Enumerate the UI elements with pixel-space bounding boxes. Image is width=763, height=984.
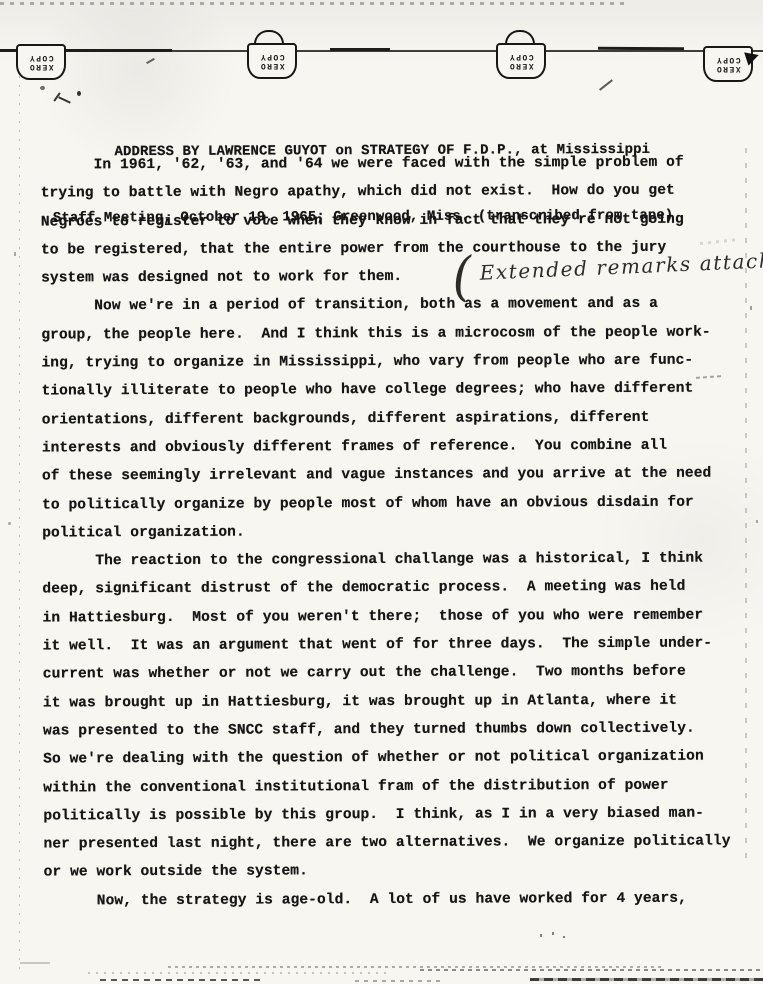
scanned-page: XERO COPY XERO COPY XERO COPY XERO COPY … xyxy=(0,0,763,984)
text-line: tionally illiterate to people who have c… xyxy=(41,375,741,406)
text-line: Now we're in a period of transition, bot… xyxy=(41,290,741,321)
text-line: trying to battle with Negro apathy, whic… xyxy=(41,177,741,208)
annotation-text: Extended remarks attached xyxy=(476,247,763,291)
text-line: to politically organize by people most o… xyxy=(42,488,742,519)
text-line: Negroes to register to vote when they kn… xyxy=(41,205,741,236)
document-content: ADDRESS BY LAWRENCE GUYOT on STRATEGY OF… xyxy=(0,0,763,984)
text-line: within the conventional institutional fr… xyxy=(43,771,743,802)
text-line: The reaction to the congressional challa… xyxy=(42,545,742,576)
text-line: in Hattiesburg. Most of you weren't ther… xyxy=(42,601,742,632)
scan-bottom-dashes xyxy=(355,980,445,982)
text-line: ing, trying to organize in Mississippi, … xyxy=(41,347,741,378)
text-line: In 1961, '62, '63, and '64 we were faced… xyxy=(41,148,741,179)
ink-speck xyxy=(14,252,16,256)
text-line: or we work outside the system. xyxy=(44,856,744,887)
text-line: was presented to the SNCC staff, and the… xyxy=(43,714,743,745)
scan-bottom-dashes xyxy=(100,979,265,981)
scan-bottom-dashes xyxy=(420,969,760,971)
text-line: orientations, different backgrounds, dif… xyxy=(42,403,742,434)
text-line: deep, significant distrust of the democr… xyxy=(42,573,742,604)
text-line: of these seemingly irrelevant and vague … xyxy=(42,460,742,491)
ink-speck xyxy=(563,936,565,938)
text-line: group, the people here. And I think this… xyxy=(41,318,741,349)
text-line: it was brought up in Hattiesburg, it was… xyxy=(43,686,743,717)
ink-speck xyxy=(756,520,758,523)
scan-bottom-dashes xyxy=(168,966,662,968)
scan-bottom-dashes xyxy=(20,962,50,964)
text-line: it well. It was an argument that went of… xyxy=(43,629,743,660)
annotation-open-paren: ( xyxy=(451,251,473,302)
paragraph: The reaction to the congressional challa… xyxy=(42,545,743,888)
paragraph: Now, the strategy is age-old. A lot of u… xyxy=(44,884,744,915)
text-line: ner presented last night, there are two … xyxy=(43,828,743,859)
scan-bottom-dashes xyxy=(530,978,763,981)
text-line: Now, the strategy is age-old. A lot of u… xyxy=(44,884,744,915)
paragraph: Now we're in a period of transition, bot… xyxy=(41,290,742,548)
text-line: So we're dealing with the question of wh… xyxy=(43,743,743,774)
ink-speck xyxy=(77,91,81,96)
ink-speck xyxy=(552,932,554,935)
text-line: political organization. xyxy=(42,516,742,547)
ink-speck xyxy=(40,86,45,90)
scan-bottom-dashes xyxy=(88,972,388,974)
text-line: current was whether or not we carry out … xyxy=(43,658,743,689)
ink-speck xyxy=(750,306,752,310)
ink-speck xyxy=(8,522,11,525)
text-line: interests and obviously different frames… xyxy=(42,431,742,462)
text-line: politically is possible by this group. I… xyxy=(43,799,743,830)
ink-speck xyxy=(540,934,542,937)
